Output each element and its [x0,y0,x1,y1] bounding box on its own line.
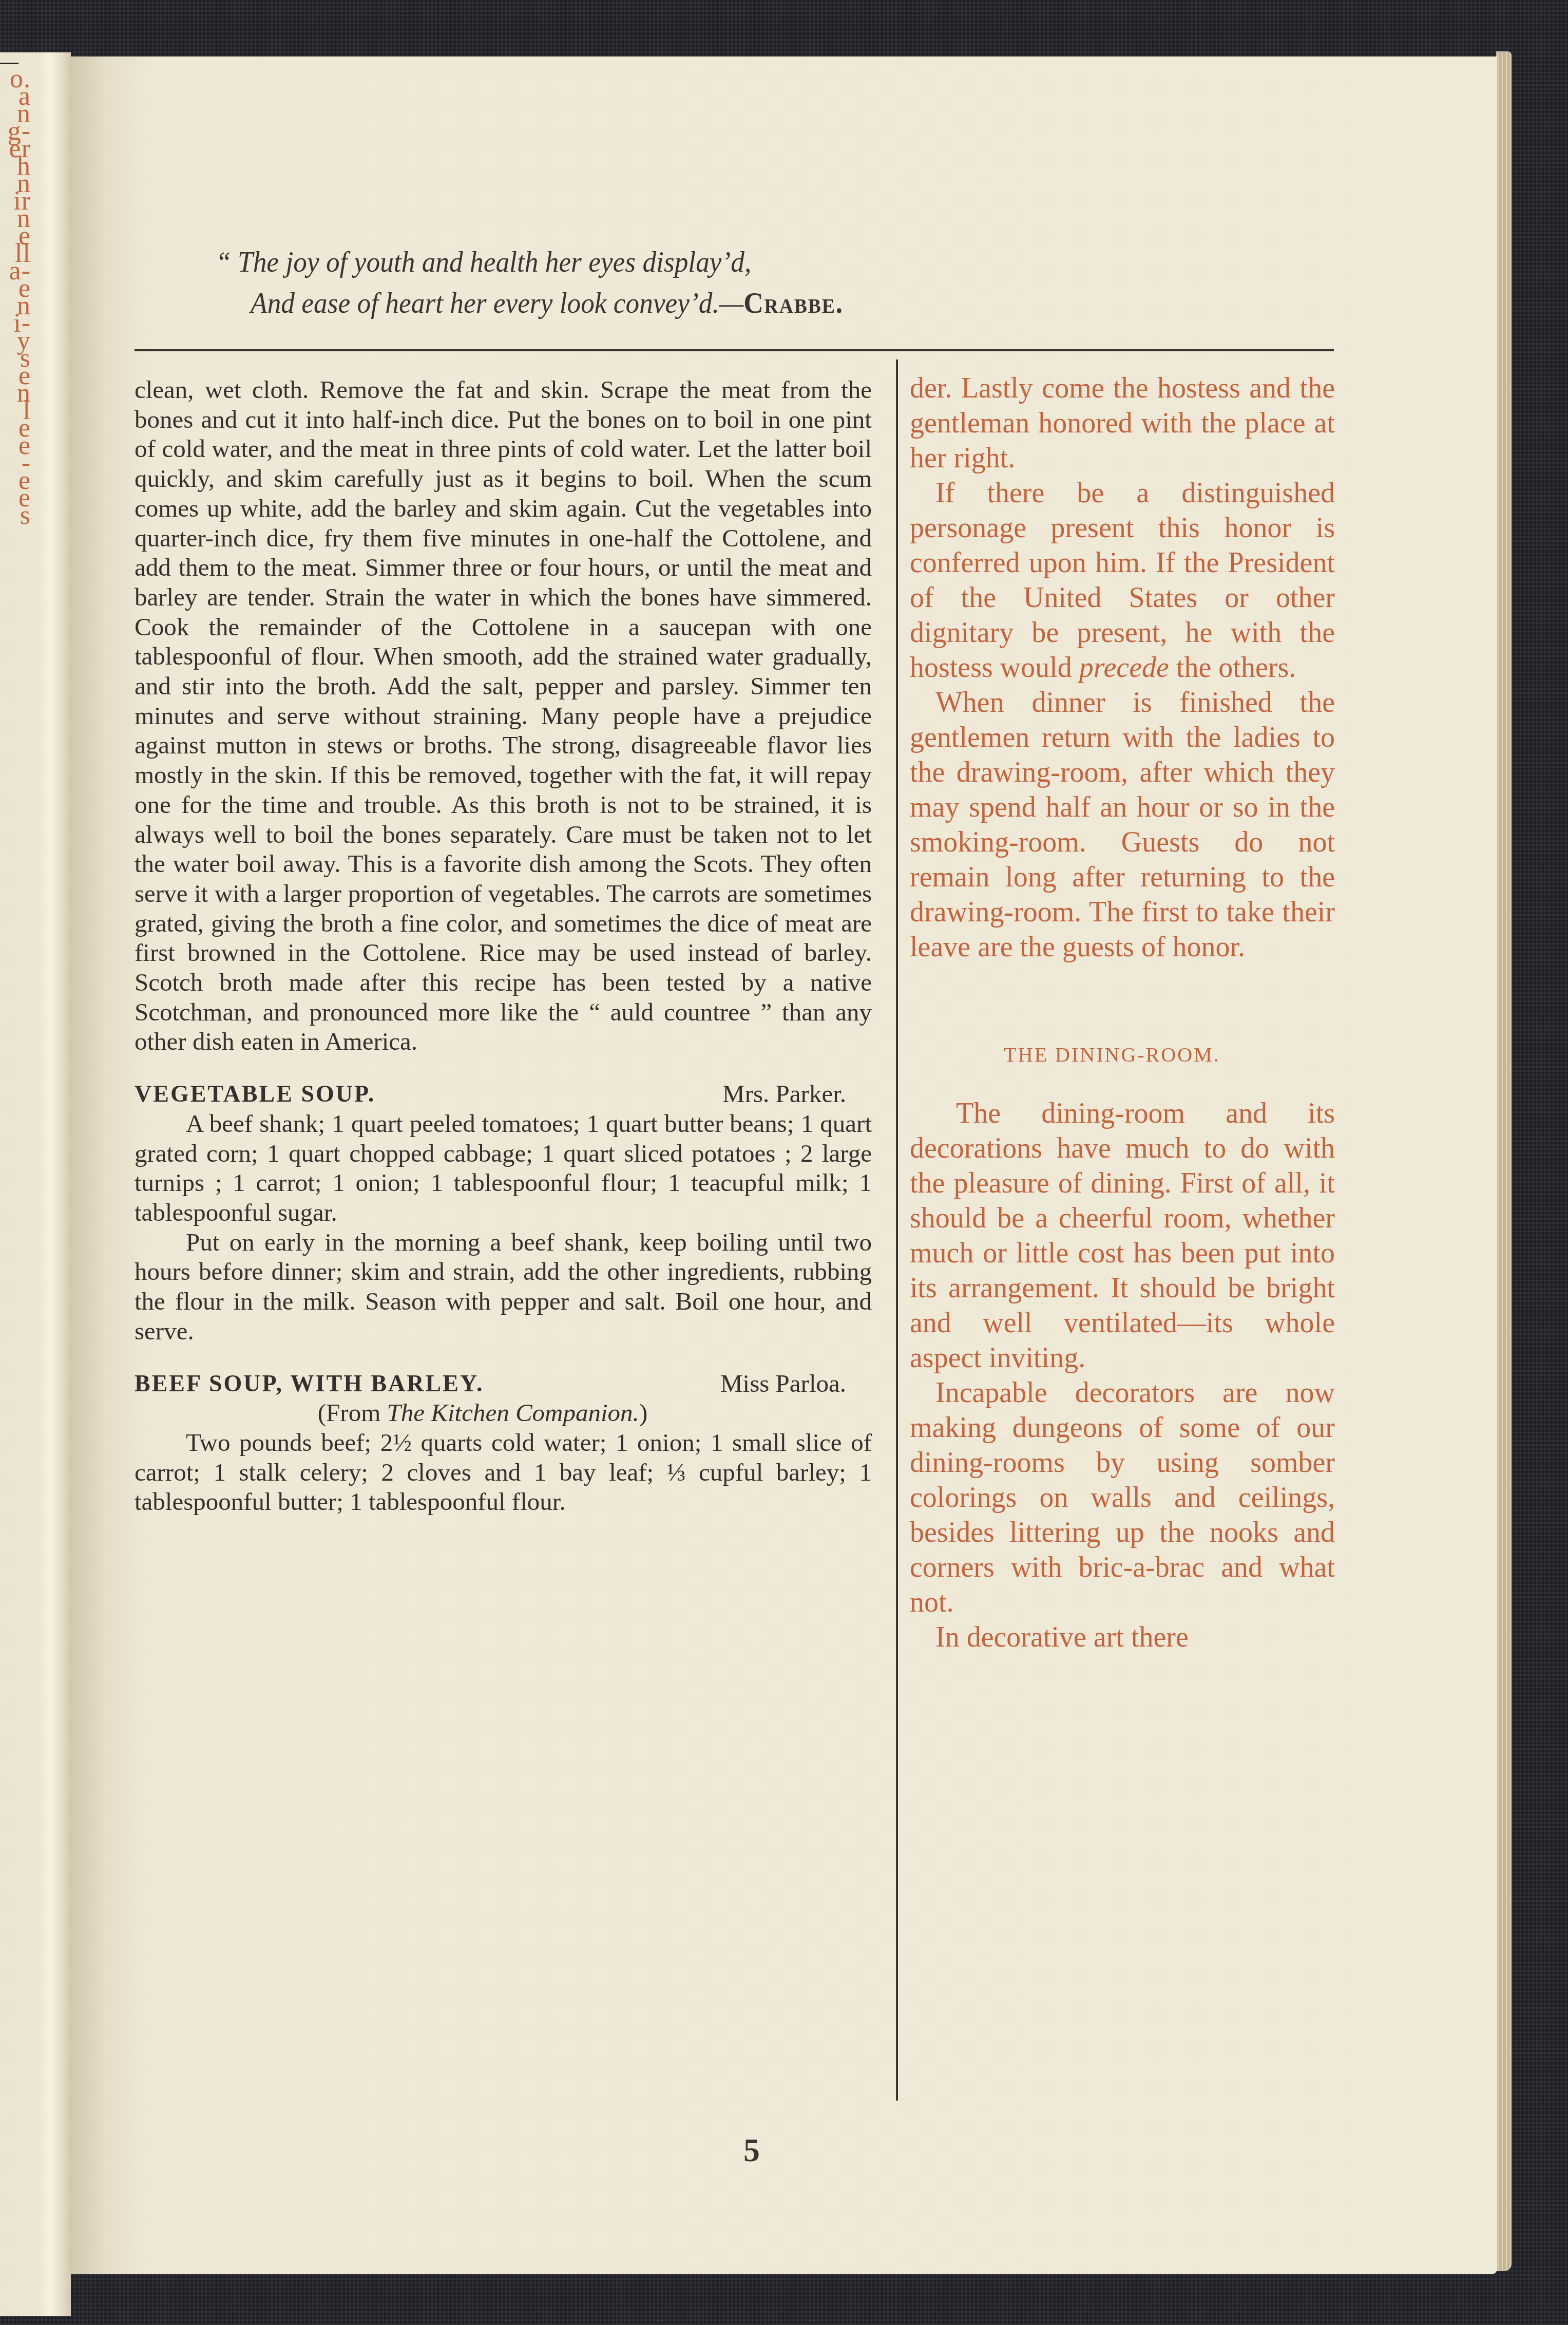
column-divider [896,360,898,2101]
recipe-ingredients: A beef shank; 1 quart peeled tomatoes; 1… [135,1109,872,1227]
page-edge-stack [1496,51,1512,2271]
left-column: clean, wet cloth. Remove the fat and ski… [135,375,872,1517]
epigraph: “ The joy of youth and health her eyes d… [216,241,1255,324]
paragraph: When dinner is finished the gentlemen re… [910,685,1335,965]
epigraph-line-1: “ The joy of youth and health her eyes d… [216,241,1255,282]
recipe-author: Miss Parloa. [720,1369,872,1398]
section-heading: THE DINING-ROOM. [910,1037,1335,1072]
paragraph: der. Lastly come the hostess and the gen… [910,371,1335,476]
paragraph-text: the others. [1169,652,1296,684]
recipe-source: (From The Kitchen Companion.) [135,1398,872,1428]
right-column: der. Lastly come the hostess and the gen… [910,371,1335,1655]
recipe-heading-row: BEEF SOUP, WITH BARLEY. Miss Parloa. [135,1369,872,1398]
page-number: 5 [743,2131,760,2169]
source-prefix: (From [318,1398,387,1427]
recipe-method: Put on early in the morning a beef shank… [135,1227,872,1346]
recipe-title: BEEF SOUP, WITH BARLEY. [135,1369,484,1398]
emphasis: precede [1079,652,1169,684]
recipe-title: VEGETABLE SOUP. [135,1079,375,1109]
source-book-title: The Kitchen Companion. [387,1398,639,1427]
epigraph-line-2: And ease of heart her every look convey’… [216,282,1255,324]
source-suffix: ) [639,1398,647,1427]
recipe-ingredients: Two pounds beef; 2½ quarts cold water; 1… [135,1428,872,1517]
recipe-author: Mrs. Parker. [722,1079,872,1109]
facing-left-page: o. a n g- er h n ir n e ll a- e n i- y s… [0,52,71,2316]
paragraph: In decorative art there [910,1620,1335,1655]
paragraph: The dining-room and its decorations have… [910,1096,1335,1375]
left-page-text-fragments: o. a n g- er h n ir n e ll a- e n i- y s… [0,70,31,524]
paragraph: If there be a distinguished personage pr… [910,476,1335,685]
scotch-broth-text: clean, wet cloth. Remove the fat and ski… [135,375,872,1056]
header-rule [135,349,1334,351]
epigraph-line-2-text: And ease of heart her every look convey’… [251,286,743,319]
epigraph-attribution: Crabbe. [743,286,844,319]
paragraph: Incapable decorators are now making dung… [910,1375,1335,1620]
fragment: s [0,507,31,524]
recipe-heading-row: VEGETABLE SOUP. Mrs. Parker. [135,1079,872,1109]
